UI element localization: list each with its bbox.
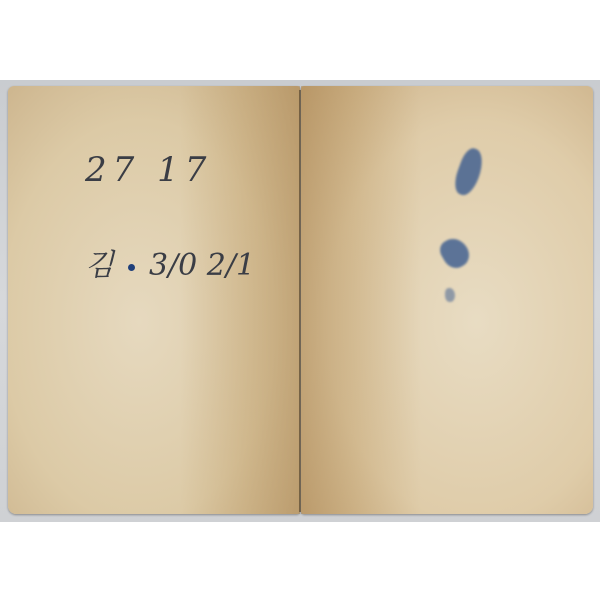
handwritten-number: 27 17 xyxy=(85,150,212,190)
water-stain xyxy=(301,86,421,514)
book-spine xyxy=(299,90,301,512)
handwritten-name: 김3/0 2/1 xyxy=(85,240,255,284)
ink-dot xyxy=(128,264,135,271)
name-text: 김 xyxy=(85,248,114,283)
ink-mark xyxy=(445,288,455,302)
name-rest: 3/0 2/1 xyxy=(149,248,255,283)
